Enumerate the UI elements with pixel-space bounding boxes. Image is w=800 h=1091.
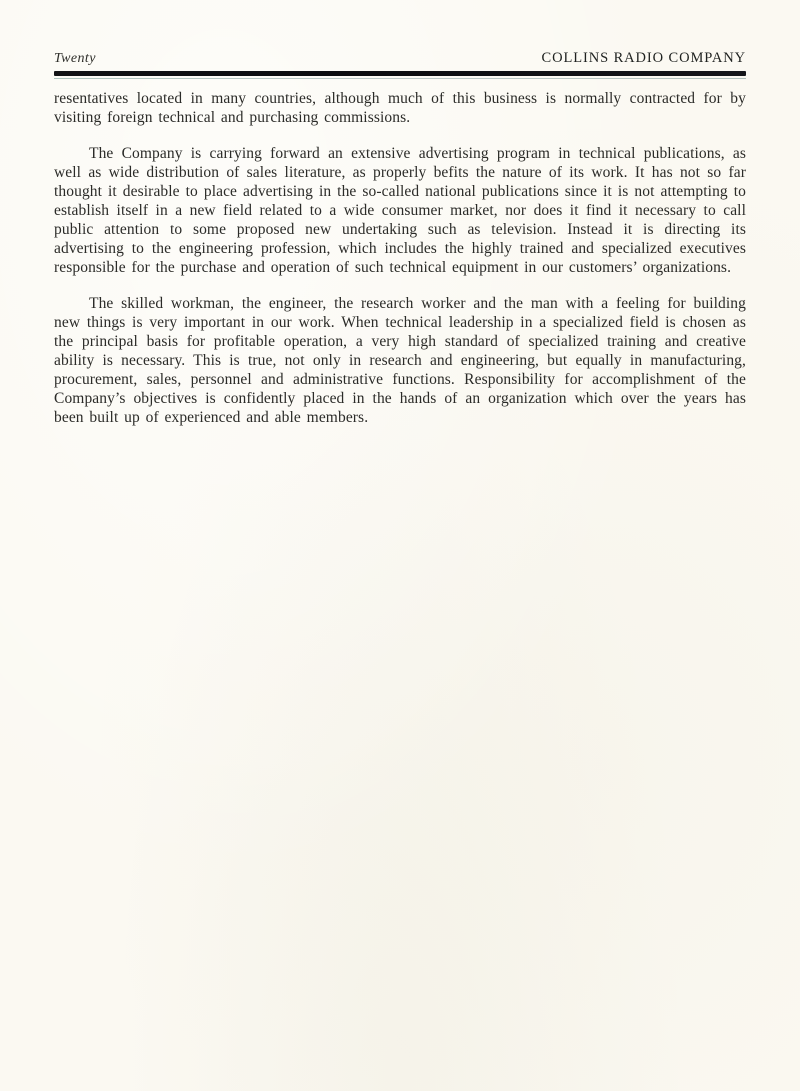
header-rule-thick (54, 71, 746, 76)
page-number-label: Twenty (54, 51, 96, 67)
page-body: resentatives located in many countries, … (54, 89, 746, 427)
page-header: Twenty COLLINS RADIO COMPANY (54, 50, 746, 67)
company-name-header: COLLINS RADIO COMPANY (542, 50, 746, 67)
document-page: Twenty COLLINS RADIO COMPANY resentative… (0, 0, 800, 1091)
paragraph-continuation: resentatives located in many countries, … (54, 89, 746, 127)
header-rule-thin (54, 78, 746, 80)
paragraph-personnel: The skilled workman, the engineer, the r… (54, 294, 746, 427)
paragraph-advertising: The Company is carrying forward an exten… (54, 144, 746, 277)
